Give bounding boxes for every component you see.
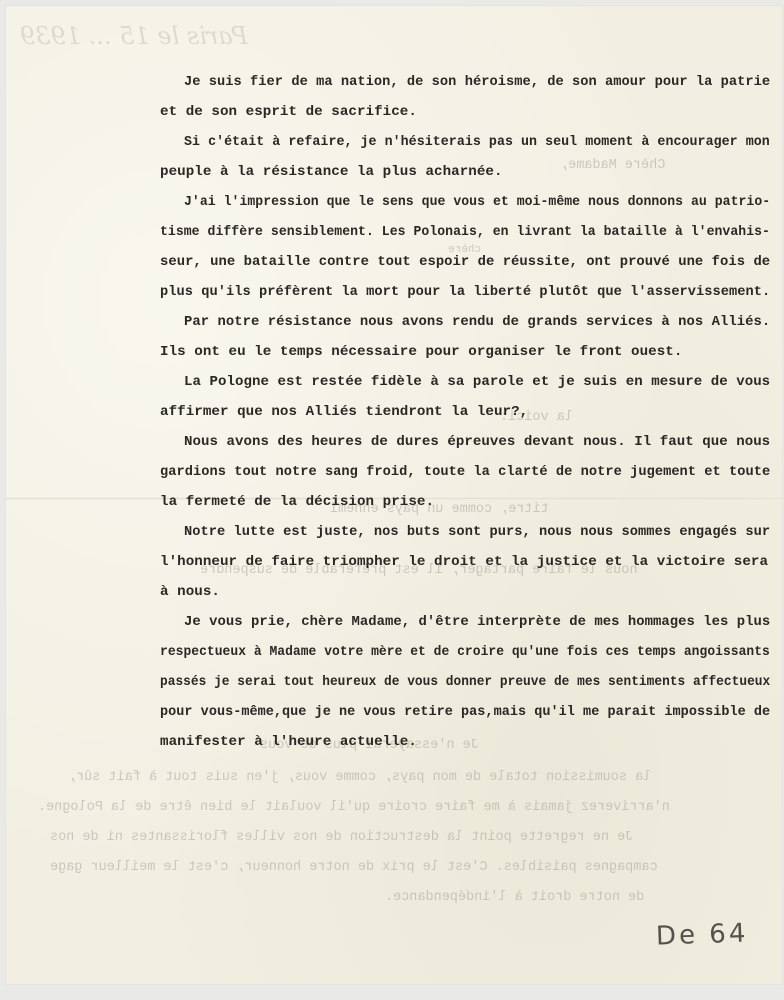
paragraph-8-line-5: manifester à l'heure actuelle.: [160, 734, 417, 750]
bleed-through-handwriting: Paris le 15 ... 1939: [20, 22, 248, 50]
paragraph-5-line-2: affirmer que nos Alliés tiendront la leu…: [160, 404, 528, 420]
paragraph-3-line-4: plus qu'ils préfèrent la mort pour la li…: [160, 284, 770, 300]
bleed-through-line: la soumission totale de mon pays, comme …: [68, 770, 651, 785]
paragraph-6-line-1: Nous avons des heures de dures épreuves …: [184, 434, 770, 450]
bleed-through-line: de notre droit à l'indépendance.: [385, 890, 644, 905]
bleed-through-line: campagnes paisibles. C'est le prix de no…: [50, 860, 658, 875]
paragraph-1-line-1: Je suis fier de ma nation, de son hérois…: [184, 74, 770, 90]
paragraph-7-line-3: à nous.: [160, 584, 220, 600]
paragraph-8-line-4: pour vous-même,que je ne vous retire pas…: [160, 704, 770, 720]
paragraph-2-line-1: Si c'était à refaire, je n'hésiterais pa…: [184, 134, 770, 150]
paragraph-7-line-2: l'honneur de faire triompher le droit et…: [160, 554, 768, 570]
paragraph-8-line-3: passés je serai tout heureux de vous don…: [160, 674, 770, 690]
paragraph-6-line-3: la fermeté de la décision prise.: [160, 494, 434, 510]
bleed-through-line: Je ne regrette point la destruction de n…: [50, 830, 633, 845]
paragraph-3-line-3: seur, une bataille contre tout espoir de…: [160, 254, 770, 270]
paragraph-1-line-2: et de son esprit de sacrifice.: [160, 104, 417, 120]
paragraph-7-line-1: Notre lutte est juste, nos buts sont pur…: [184, 524, 770, 540]
handwritten-archive-reference: De 64: [656, 918, 749, 951]
bleed-through-line: n'arriverez jamais à me faire croire qu'…: [38, 800, 670, 815]
paragraph-4-line-2: Ils ont eu le temps nécessaire pour orga…: [160, 344, 682, 360]
bleed-through-line: Chère Madame,: [560, 158, 665, 173]
paragraph-8-line-1: Je vous prie, chère Madame, d'être inter…: [184, 614, 770, 630]
paragraph-3-line-2: tisme diffère sensiblement. Les Polonais…: [160, 224, 770, 240]
paragraph-4-line-1: Par notre résistance nous avons rendu de…: [184, 314, 770, 330]
paragraph-8-line-2: respectueux à Madame votre mère et de cr…: [160, 644, 770, 660]
paragraph-3-line-1: J'ai l'impression que le sens que vous e…: [184, 194, 770, 210]
paragraph-5-line-1: La Pologne est restée fidèle à sa parole…: [184, 374, 770, 390]
paragraph-6-line-2: gardions tout notre sang froid, toute la…: [160, 464, 770, 480]
paragraph-2-line-2: peuple à la résistance la plus acharnée.: [160, 164, 503, 180]
